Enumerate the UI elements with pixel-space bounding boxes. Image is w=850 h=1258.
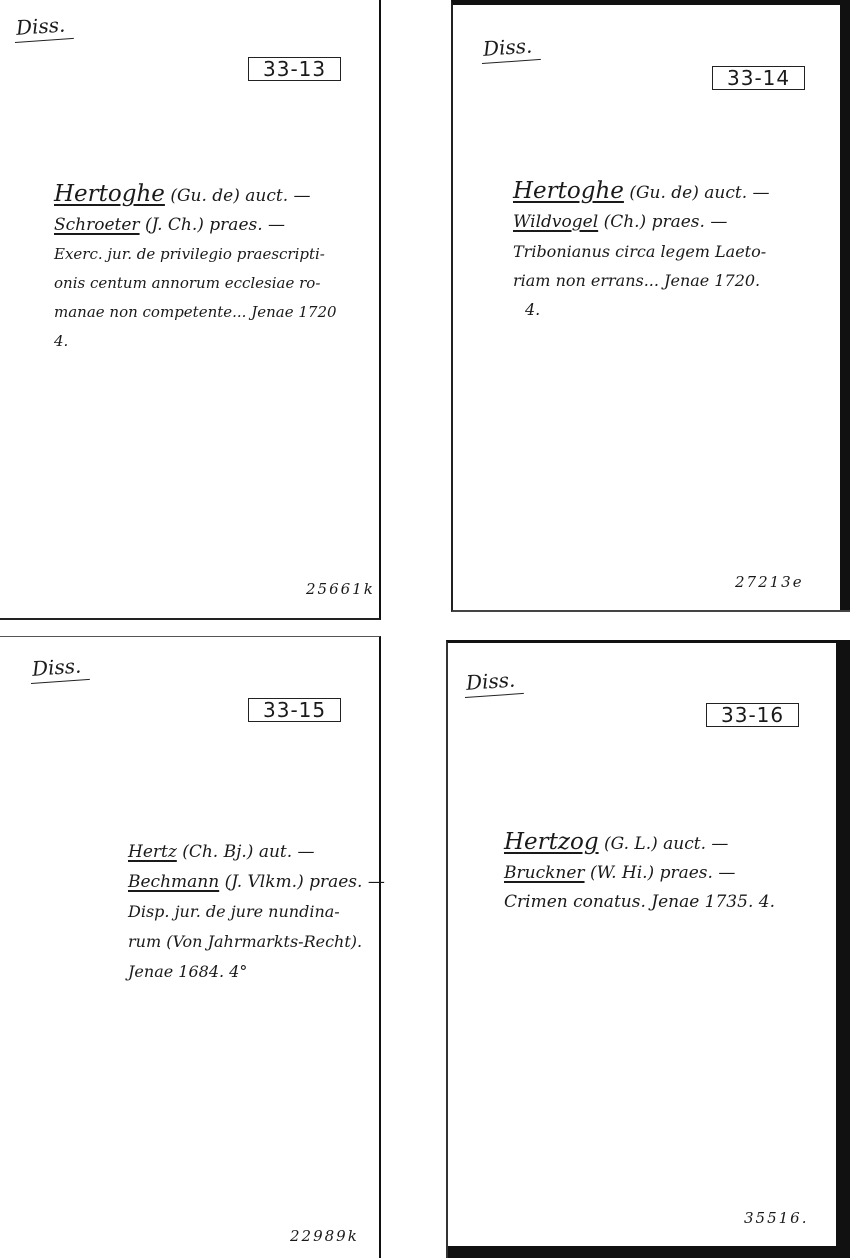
- author-name: Hertoghe: [513, 178, 624, 204]
- praeses-line: Schroeter (J. Ch.) praes. —: [54, 211, 337, 240]
- praeses-name: Bechmann: [128, 872, 219, 892]
- author-name: Hertoghe: [54, 181, 165, 207]
- praeses-initials: (W. Hi.) praes. —: [590, 863, 735, 883]
- call-number: 33-13: [248, 57, 341, 81]
- title-line: manae non competente... Jenae 1720: [54, 298, 337, 327]
- praeses-line: Bruckner (W. Hi.) praes. —: [504, 859, 775, 888]
- catalog-entry: Hertz (Ch. Bj.) aut. — Bechmann (J. Vlkm…: [128, 837, 385, 987]
- author-name: Hertzog: [504, 829, 599, 855]
- praeses-initials: (J. Ch.) praes. —: [145, 215, 285, 235]
- accession-number: 22989k: [290, 1227, 359, 1245]
- catalog-entry: Hertoghe (Gu. de) auct. — Wildvogel (Ch.…: [513, 177, 770, 324]
- catalog-card-33-15: Diss. 33-15 Hertz (Ch. Bj.) aut. — Bechm…: [0, 636, 381, 1258]
- accession-number: 27213e: [735, 573, 804, 591]
- title-line: Exerc. jur. de privilegio praescripti-: [54, 240, 337, 269]
- author-name: Hertz: [128, 842, 177, 862]
- praeses-line: Bechmann (J. Vlkm.) praes. —: [128, 867, 385, 897]
- author-line: Hertoghe (Gu. de) auct. —: [54, 180, 337, 211]
- catalog-entry: Hertoghe (Gu. de) auct. — Schroeter (J. …: [54, 180, 337, 356]
- praeses-initials: (J. Vlkm.) praes. —: [225, 872, 385, 892]
- praeses-line: Wildvogel (Ch.) praes. —: [513, 208, 770, 237]
- author-initials: (Ch. Bj.) aut. —: [182, 842, 314, 862]
- category-label: Diss.: [13, 12, 74, 43]
- author-line: Hertz (Ch. Bj.) aut. —: [128, 837, 385, 867]
- format-line: 4.: [54, 327, 337, 356]
- title-line: Tribonianus circa legem Laeto-: [513, 237, 770, 266]
- author-initials: (Gu. de) auct. —: [170, 186, 310, 206]
- call-number: 33-16: [706, 703, 799, 727]
- call-number: 33-15: [248, 698, 341, 722]
- call-number: 33-14: [712, 66, 805, 90]
- author-initials: (Gu. de) auct. —: [629, 183, 769, 203]
- praeses-name: Bruckner: [504, 863, 585, 883]
- category-label: Diss.: [463, 667, 524, 698]
- praeses-initials: (Ch.) praes. —: [604, 212, 728, 232]
- accession-number: 35516.: [744, 1209, 809, 1227]
- author-line: Hertzog (G. L.) auct. —: [504, 828, 775, 859]
- title-line: onis centum annorum ecclesiae ro-: [54, 269, 337, 298]
- title-line: rum (Von Jahrmarkts-Recht).: [128, 927, 385, 957]
- category-label: Diss.: [29, 653, 90, 684]
- praeses-name: Schroeter: [54, 215, 140, 235]
- title-line: Crimen conatus. Jenae 1735. 4.: [504, 888, 775, 917]
- catalog-card-33-14: Diss. 33-14 Hertoghe (Gu. de) auct. — Wi…: [451, 0, 850, 612]
- format-line: 4.: [513, 295, 770, 324]
- title-line: Disp. jur. de jure nundina-: [128, 897, 385, 927]
- title-line: Jenae 1684. 4°: [128, 957, 385, 987]
- author-line: Hertoghe (Gu. de) auct. —: [513, 177, 770, 208]
- catalog-card-33-13: Diss. 33-13 Hertoghe (Gu. de) auct. — Sc…: [0, 0, 381, 620]
- accession-number: 25661k: [306, 580, 375, 598]
- title-line: riam non errans... Jenae 1720.: [513, 266, 770, 295]
- catalog-card-33-16: Diss. 33-16 Hertzog (G. L.) auct. — Bruc…: [446, 640, 850, 1258]
- author-initials: (G. L.) auct. —: [604, 834, 728, 854]
- praeses-name: Wildvogel: [513, 212, 598, 232]
- catalog-entry: Hertzog (G. L.) auct. — Bruckner (W. Hi.…: [504, 828, 775, 917]
- category-label: Diss.: [480, 33, 541, 64]
